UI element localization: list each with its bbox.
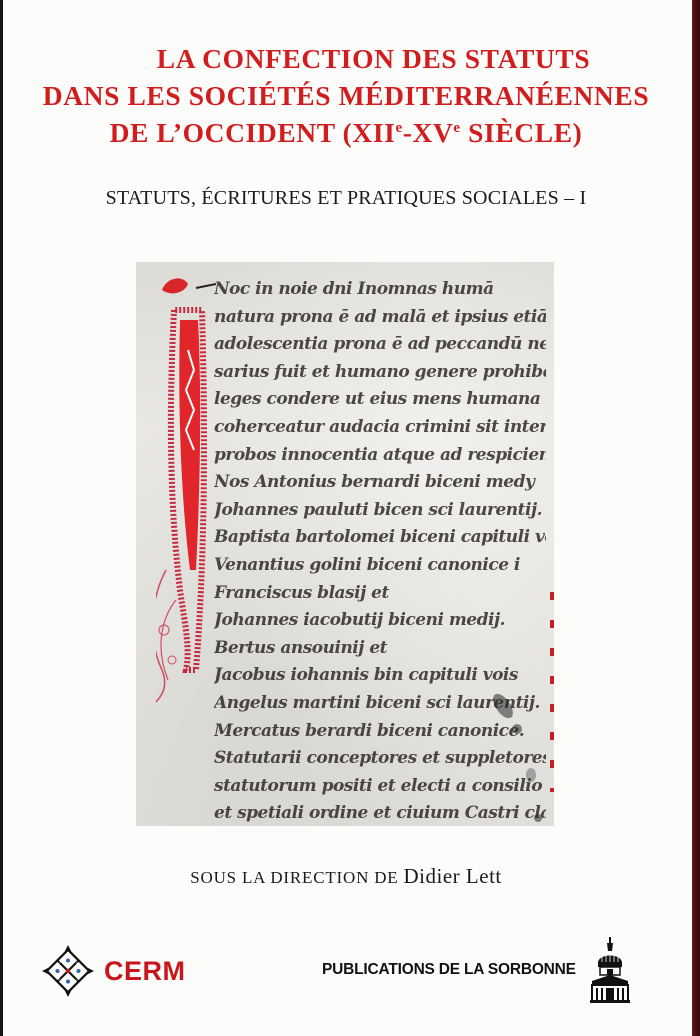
manuscript-line: statutorum positi et electi a consilio <box>214 773 546 801</box>
manuscript-image: Noc in noie dni Inomnas humā natura pron… <box>136 262 554 826</box>
book-cover: LA CONFECTION DES STATUTS DANS LES SOCIÉ… <box>0 0 700 1036</box>
manuscript-line: et spetiali ordine et ciuium Castri clau… <box>214 800 546 826</box>
manuscript-line: sarius fuit et humano genere prohiberi <box>214 359 546 387</box>
knot-ornament-icon <box>40 943 96 999</box>
manuscript-line: Statutarii conceptores et suppletores <box>214 745 546 773</box>
ink-stain <box>526 768 536 782</box>
manuscript-line: probos innocentia atque ad respiciens <box>214 442 546 470</box>
sorbonne-publisher: PUBLICATIONS DE LA SORBONNE <box>322 936 630 1004</box>
illuminated-initial-icon <box>156 270 216 710</box>
spine-strip <box>692 0 700 1036</box>
manuscript-line: Franciscus blasij et <box>214 580 546 608</box>
red-margin-marks <box>550 592 554 792</box>
editor-prefix: SOUS LA DIRECTION DE <box>190 868 403 887</box>
manuscript-line: leges condere ut eius mens humana <box>214 386 546 414</box>
editor-credit: SOUS LA DIRECTION DE Didier Lett <box>0 864 692 889</box>
manuscript-text: Noc in noie dni Inomnas humā natura pron… <box>214 276 546 826</box>
manuscript-line: natura prona ē ad malā et ipsius etiā <box>214 304 546 332</box>
sorbonne-dome-icon <box>590 937 630 1003</box>
cerm-label: CERM <box>104 956 186 987</box>
manuscript-line: Baptista bartolomei biceni capituli vois <box>214 524 546 552</box>
cerm-publisher: CERM <box>40 943 186 999</box>
title-line-1: LA CONFECTION DES STATUTS <box>0 40 692 77</box>
book-title: LA CONFECTION DES STATUTS DANS LES SOCIÉ… <box>0 40 692 151</box>
sorbonne-label: PUBLICATIONS DE LA SORBONNE <box>322 961 576 979</box>
ink-stain <box>512 724 522 734</box>
ink-stain <box>534 814 542 822</box>
manuscript-line: Nos Antonius bernardi biceni medy <box>214 469 546 497</box>
manuscript-line: Bertus ansouinij et <box>214 635 546 663</box>
editor-name: Didier Lett <box>404 864 502 888</box>
manuscript-line: Johannes iacobutij biceni medij. <box>214 607 546 635</box>
series-subtitle: STATUTS, ÉCRITURES ET PRATIQUES SOCIALES… <box>0 187 692 210</box>
manuscript-line: Jacobus iohannis bin capituli vois <box>214 662 546 690</box>
manuscript-line: coherceatur audacia crimini sit inter <box>214 414 546 442</box>
manuscript-line: Venantius golini biceni canonice i <box>214 552 546 580</box>
manuscript-line: adolescentia prona ē ad peccandū necess <box>214 331 546 359</box>
manuscript-line: Noc in noie dni Inomnas humā <box>214 276 546 304</box>
manuscript-line: Mercatus berardi biceni canonice. <box>214 718 546 746</box>
title-line-2: DANS LES SOCIÉTÉS MÉDITERRANÉENNES <box>0 77 692 114</box>
title-line-3: DE L’OCCIDENT (XIIe-XVe SIÈCLE) <box>0 114 692 151</box>
manuscript-line: Johannes pauluti bicen sci laurentij. <box>214 497 546 525</box>
